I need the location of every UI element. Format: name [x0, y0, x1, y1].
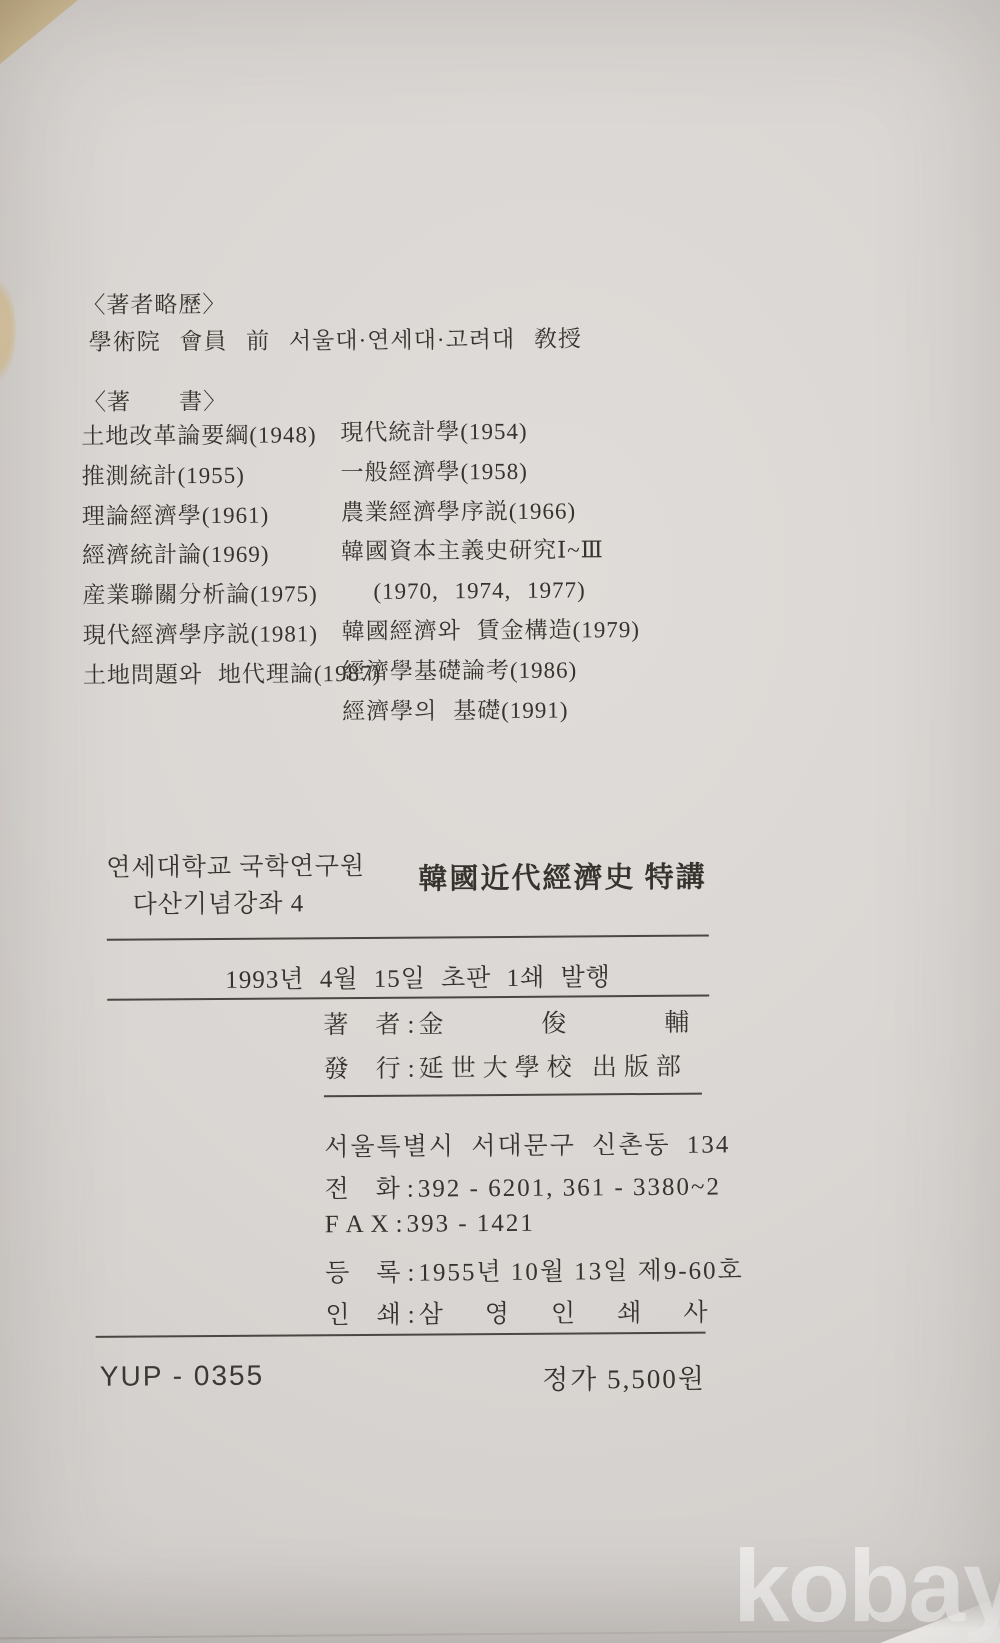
- fax-label: F A X: [325, 1211, 390, 1238]
- phone-numbers: 392 - 6201, 361 - 3380~2: [418, 1173, 721, 1202]
- fax-number: 393 - 1421: [406, 1210, 535, 1238]
- work-item: 現代統計學(1954): [340, 411, 639, 453]
- catalog-number: YUP - 0355: [100, 1360, 264, 1393]
- author-label: 著 者: [323, 1012, 401, 1040]
- work-item: 産業聯關分析論(1975): [82, 574, 381, 616]
- phone-label: 전 화: [324, 1176, 400, 1204]
- registration-number: 1955년 10월 13일 제9-60호: [418, 1257, 744, 1286]
- work-item: 經濟統計論(1969): [82, 534, 381, 576]
- works-heading: 〈著 書〉: [83, 383, 227, 417]
- book-colophon-page: 〈著者略歷〉 學術院 會員 前 서울대·연세대·고려대 敎授 〈著 書〉 土地改…: [0, 0, 1000, 1643]
- work-item: 理論經濟學(1961): [82, 494, 381, 536]
- colon: :: [402, 1056, 419, 1083]
- publisher-label: 發 行: [324, 1056, 402, 1084]
- work-item: 經濟學基礎論考(1986): [342, 650, 641, 692]
- phone-row: 전 화:392 - 6201, 361 - 3380~2: [324, 1166, 721, 1205]
- registration-label: 등 록: [325, 1260, 401, 1288]
- divider-rule-4: [96, 1332, 706, 1338]
- work-item: 土地改革論要綱(1948): [81, 415, 380, 457]
- colon: :: [401, 1260, 418, 1287]
- divider-rule-3: [324, 1093, 702, 1098]
- colon: :: [401, 1012, 418, 1039]
- colon: :: [401, 1176, 418, 1203]
- publisher-address: 서울특별시 서대문구 신촌동 134: [324, 1124, 730, 1163]
- publisher-row: 發 行:延世大學校 出版部: [324, 1047, 688, 1086]
- work-item: 韓國資本主義史研究Ⅰ~Ⅲ: [341, 530, 640, 572]
- registration-row: 등 록:1955년 10월 13일 제9-60호: [325, 1250, 744, 1289]
- price: 정가 5,500원: [484, 1357, 706, 1398]
- kobay-watermark: kobay: [733, 1528, 1000, 1643]
- work-item: 現代經濟學序説(1981): [83, 614, 382, 656]
- work-item: 推測統計(1955): [81, 455, 380, 497]
- printer-row: 인 쇄:삼영인쇄사: [325, 1292, 749, 1331]
- author-history-heading: 〈著者略歷〉: [82, 286, 226, 320]
- book-title: 韓國近代經濟史 特講: [418, 855, 707, 898]
- author-history-line: 學術院 會員 前 서울대·연세대·고려대 敎授: [89, 320, 582, 356]
- work-item: 農業經濟學序説(1966): [341, 491, 640, 533]
- work-item: 韓國經濟와 賃金構造(1979): [342, 610, 641, 652]
- divider-rule-1: [107, 935, 709, 941]
- author-name: 金俊輔: [418, 1009, 787, 1039]
- page-content: 〈著者略歷〉 學術院 會員 前 서울대·연세대·고려대 敎授 〈著 書〉 土地改…: [0, 0, 1000, 1643]
- publisher-name: 延世大學校 出版部: [419, 1054, 688, 1083]
- publisher-org-line2: 다산기념강좌 4: [132, 883, 304, 920]
- colon: :: [402, 1302, 419, 1329]
- colon: :: [389, 1211, 406, 1238]
- printer-label: 인 쇄: [325, 1302, 401, 1330]
- work-item-continuation: (1970, 1974, 1977): [341, 570, 640, 612]
- works-right-column: 現代統計學(1954) 一般經濟學(1958) 農業經濟學序説(1966) 韓國…: [340, 411, 641, 731]
- work-item: 經濟學의 基礎(1991): [342, 690, 641, 732]
- work-item: 一般經濟學(1958): [340, 451, 639, 493]
- edition-line: 1993년 4월 15일 초판 1쇄 발행: [117, 956, 719, 996]
- publisher-org-line1: 연세대학교 국학연구원: [106, 846, 365, 884]
- fax-row: F A X:393 - 1421: [325, 1210, 535, 1239]
- printer-name: 삼영인쇄사: [419, 1299, 750, 1328]
- work-item: 土地問題와 地代理論(1987): [83, 654, 382, 696]
- author-row: 著 者:金俊輔: [323, 1002, 787, 1041]
- works-left-column: 土地改革論要綱(1948) 推測統計(1955) 理論經濟學(1961) 經濟統…: [81, 415, 381, 696]
